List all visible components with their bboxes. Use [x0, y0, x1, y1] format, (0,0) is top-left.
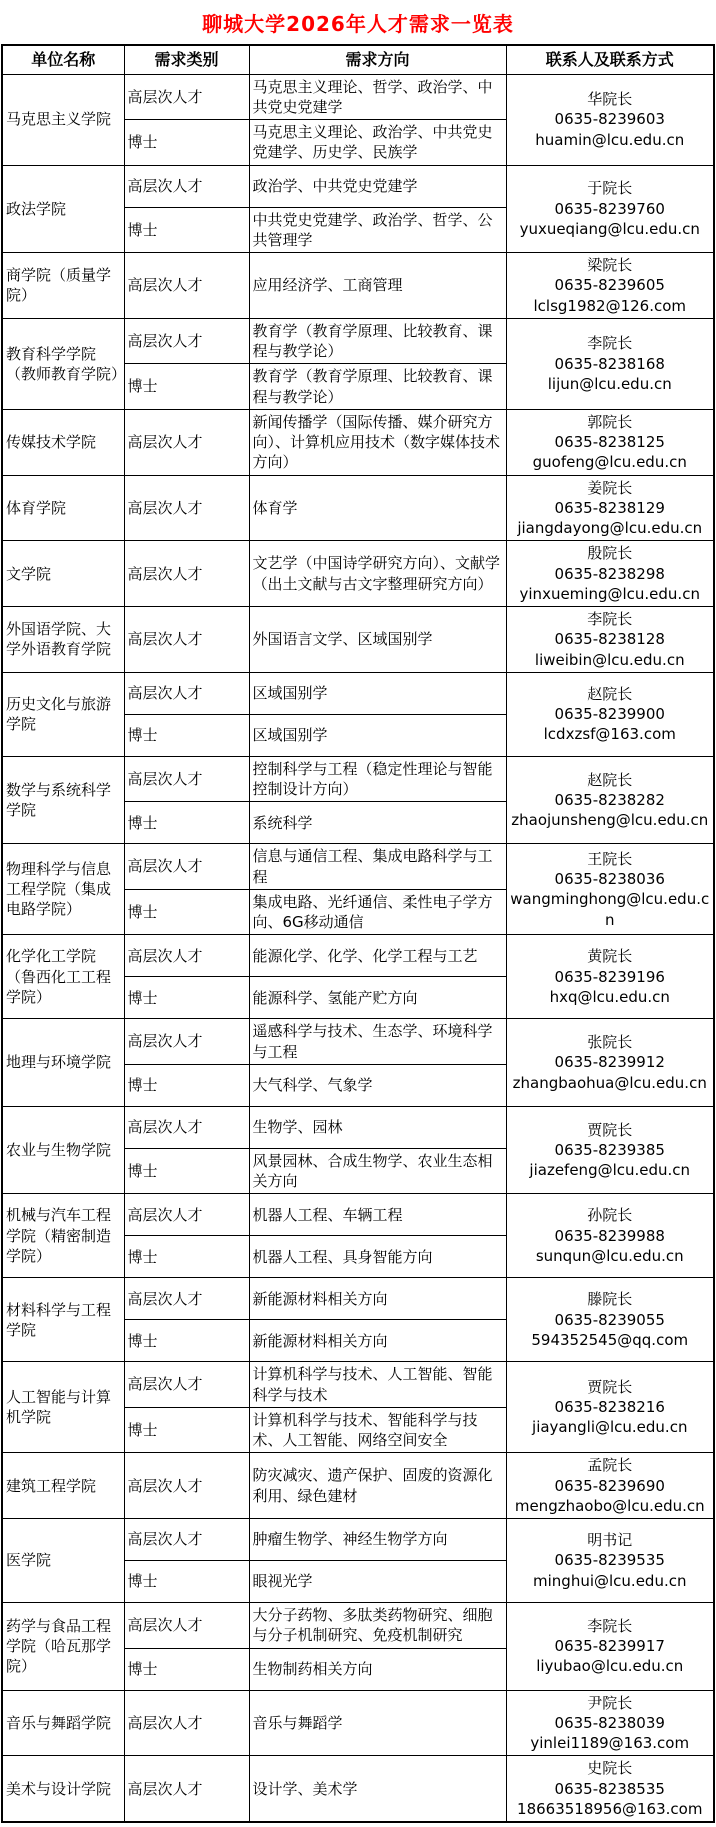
demand-category-cell: 博士 — [124, 1320, 249, 1362]
contact-cell: 赵院长0635-8238282zhaojunsheng@lcu.edu.cn — [506, 756, 714, 844]
contact-name: 史院长 — [510, 1758, 711, 1778]
demand-direction-cell: 防灾减灾、遗产保护、固废的资源化利用、绿色建材 — [249, 1453, 506, 1519]
talent-demand-table: 单位名称 需求类别 需求方向 联系人及联系方式 马克思主义学院高层次人才马克思主… — [1, 44, 715, 1823]
demand-category-cell: 高层次人才 — [124, 1019, 249, 1065]
contact-cell: 李院长0635-8238128liweibin@lcu.edu.cn — [506, 607, 714, 673]
demand-direction-cell: 新能源材料相关方向 — [249, 1320, 506, 1362]
column-header-unit: 单位名称 — [2, 45, 124, 74]
demand-direction-cell: 政治学、中共党史党建学 — [249, 165, 506, 207]
demand-direction-cell: 应用经济学、工商管理 — [249, 253, 506, 319]
table-row: 农业与生物学院高层次人才生物学、园林贾院长0635-8239385jiazefe… — [2, 1106, 714, 1148]
contact-cell: 黄院长0635-8239196hxq@lcu.edu.cn — [506, 935, 714, 1019]
demand-direction-cell: 马克思主义理论、政治学、中共党史党建学、历史学、民族学 — [249, 120, 506, 166]
unit-name-cell: 人工智能与计算机学院 — [2, 1362, 124, 1453]
table-row: 历史文化与旅游学院高层次人才区域国别学赵院长0635-8239900lcdxzs… — [2, 672, 714, 714]
contact-email: jiangdayong@lcu.edu.cn — [510, 518, 711, 538]
contact-cell: 王院长0635-8238036wangminghong@lcu.edu.cn — [506, 844, 714, 935]
table-row: 化学化工学院（鲁西化工工程学院）高层次人才能源化学、化学、化学工程与工艺黄院长0… — [2, 935, 714, 977]
demand-category-cell: 高层次人才 — [124, 475, 249, 541]
talent-demand-page: 聊城大学2026年人才需求一览表 单位名称 需求类别 需求方向 联系人及联系方式… — [0, 0, 716, 1823]
contact-phone: 0635-8239917 — [510, 1636, 711, 1656]
contact-phone: 0635-8239385 — [510, 1140, 711, 1160]
contact-phone: 0635-8238168 — [510, 354, 711, 374]
demand-category-cell: 博士 — [124, 207, 249, 253]
contact-cell: 孙院长0635-8239988sunqun@lcu.edu.cn — [506, 1194, 714, 1278]
demand-direction-cell: 大气科学、气象学 — [249, 1064, 506, 1106]
contact-phone: 0635-8239690 — [510, 1476, 711, 1496]
contact-name: 郭院长 — [510, 412, 711, 432]
contact-cell: 李院长0635-8239917liyubao@lcu.edu.cn — [506, 1603, 714, 1691]
demand-category-cell: 高层次人才 — [124, 74, 249, 120]
contact-phone: 0635-8239900 — [510, 704, 711, 724]
contact-phone: 0635-8238039 — [510, 1713, 711, 1733]
contact-email: zhaojunsheng@lcu.edu.cn — [510, 810, 711, 830]
unit-name-cell: 化学化工学院（鲁西化工工程学院） — [2, 935, 124, 1019]
contact-phone: 0635-8239055 — [510, 1310, 711, 1330]
table-row: 文学院高层次人才文艺学（中国诗学研究方向）、文献学（出土文献与古文字整理研究方向… — [2, 541, 714, 607]
demand-category-cell: 博士 — [124, 714, 249, 756]
demand-category-cell: 高层次人才 — [124, 1690, 249, 1756]
contact-phone: 0635-8239760 — [510, 199, 711, 219]
contact-cell: 贾院长0635-8238216jiayangli@lcu.edu.cn — [506, 1362, 714, 1453]
contact-name: 李院长 — [510, 333, 711, 353]
demand-category-cell: 高层次人才 — [124, 935, 249, 977]
contact-email: 18663518956@163.com — [510, 1799, 711, 1819]
table-row: 药学与食品工程学院（哈瓦那学院）高层次人才大分子药物、多肽类药物研究、细胞与分子… — [2, 1603, 714, 1649]
contact-cell: 赵院长0635-8239900lcdxzsf@163.com — [506, 672, 714, 756]
unit-name-cell: 教育科学学院（教师教育学院） — [2, 318, 124, 409]
demand-direction-cell: 大分子药物、多肽类药物研究、细胞与分子机制研究、免疫机制研究 — [249, 1603, 506, 1649]
table-row: 机械与汽车工程学院（精密制造学院）高层次人才机器人工程、车辆工程孙院长0635-… — [2, 1194, 714, 1236]
table-row: 马克思主义学院高层次人才马克思主义理论、哲学、政治学、中共党史党建学华院长063… — [2, 74, 714, 120]
unit-name-cell: 音乐与舞蹈学院 — [2, 1690, 124, 1756]
demand-direction-cell: 肿瘤生物学、神经生物学方向 — [249, 1519, 506, 1561]
table-header-row: 单位名称 需求类别 需求方向 联系人及联系方式 — [2, 45, 714, 74]
table-row: 体育学院高层次人才体育学姜院长0635-8238129jiangdayong@l… — [2, 475, 714, 541]
table-row: 医学院高层次人才肿瘤生物学、神经生物学方向明书记0635-8239535ming… — [2, 1519, 714, 1561]
contact-cell: 孟院长0635-8239690mengzhaobo@lcu.edu.cn — [506, 1453, 714, 1519]
demand-direction-cell: 马克思主义理论、哲学、政治学、中共党史党建学 — [249, 74, 506, 120]
contact-email: hxq@lcu.edu.cn — [510, 987, 711, 1007]
contact-name: 华院长 — [510, 89, 711, 109]
demand-category-cell: 博士 — [124, 1236, 249, 1278]
demand-category-cell: 高层次人才 — [124, 253, 249, 319]
demand-direction-cell: 生物制药相关方向 — [249, 1648, 506, 1690]
unit-name-cell: 体育学院 — [2, 475, 124, 541]
table-row: 物理科学与信息工程学院（集成电路学院）高层次人才信息与通信工程、集成电路科学与工… — [2, 844, 714, 890]
contact-email: zhangbaohua@lcu.edu.cn — [510, 1073, 711, 1093]
demand-category-cell: 博士 — [124, 802, 249, 844]
contact-email: liweibin@lcu.edu.cn — [510, 650, 711, 670]
demand-category-cell: 高层次人才 — [124, 844, 249, 890]
demand-direction-cell: 文艺学（中国诗学研究方向）、文献学（出土文献与古文字整理研究方向） — [249, 541, 506, 607]
contact-name: 滕院长 — [510, 1289, 711, 1309]
demand-category-cell: 高层次人才 — [124, 318, 249, 364]
contact-name: 于院长 — [510, 178, 711, 198]
demand-category-cell: 高层次人才 — [124, 409, 249, 475]
contact-phone: 0635-8238125 — [510, 432, 711, 452]
demand-direction-cell: 区域国别学 — [249, 672, 506, 714]
contact-name: 张院长 — [510, 1032, 711, 1052]
contact-email: guofeng@lcu.edu.cn — [510, 452, 711, 472]
demand-direction-cell: 音乐与舞蹈学 — [249, 1690, 506, 1756]
contact-cell: 华院长0635-8239603huamin@lcu.edu.cn — [506, 74, 714, 165]
unit-name-cell: 商学院（质量学院） — [2, 253, 124, 319]
demand-direction-cell: 体育学 — [249, 475, 506, 541]
contact-phone: 0635-8238282 — [510, 790, 711, 810]
demand-category-cell: 博士 — [124, 977, 249, 1019]
demand-direction-cell: 机器人工程、具身智能方向 — [249, 1236, 506, 1278]
table-row: 地理与环境学院高层次人才遥感科学与技术、生态学、环境科学与工程张院长0635-8… — [2, 1019, 714, 1065]
contact-email: lijun@lcu.edu.cn — [510, 374, 711, 394]
demand-direction-cell: 遥感科学与技术、生态学、环境科学与工程 — [249, 1019, 506, 1065]
contact-phone: 0635-8239603 — [510, 109, 711, 129]
demand-direction-cell: 计算机科学与技术、智能科学与技术、人工智能、网络空间安全 — [249, 1407, 506, 1453]
demand-direction-cell: 区域国别学 — [249, 714, 506, 756]
table-row: 音乐与舞蹈学院高层次人才音乐与舞蹈学尹院长0635-8238039yinlei1… — [2, 1690, 714, 1756]
contact-name: 孟院长 — [510, 1455, 711, 1475]
demand-category-cell: 高层次人才 — [124, 1756, 249, 1822]
demand-category-cell: 博士 — [124, 1648, 249, 1690]
contact-email: mengzhaobo@lcu.edu.cn — [510, 1496, 711, 1516]
unit-name-cell: 美术与设计学院 — [2, 1756, 124, 1822]
demand-direction-cell: 教育学（教育学原理、比较教育、课程与教学论） — [249, 364, 506, 410]
demand-category-cell: 博士 — [124, 889, 249, 935]
contact-phone: 0635-8238129 — [510, 498, 711, 518]
contact-email: lclsg1982@126.com — [510, 296, 711, 316]
contact-cell: 张院长0635-8239912zhangbaohua@lcu.edu.cn — [506, 1019, 714, 1107]
column-header-contact: 联系人及联系方式 — [506, 45, 714, 74]
contact-phone: 0635-8238128 — [510, 629, 711, 649]
table-row: 材料科学与工程学院高层次人才新能源材料相关方向滕院长0635-823905559… — [2, 1278, 714, 1320]
contact-name: 贾院长 — [510, 1377, 711, 1397]
demand-category-cell: 博士 — [124, 1148, 249, 1194]
demand-category-cell: 博士 — [124, 1561, 249, 1603]
demand-direction-cell: 能源科学、氢能产贮方向 — [249, 977, 506, 1019]
contact-email: liyubao@lcu.edu.cn — [510, 1656, 711, 1676]
contact-email: yuxueqiang@lcu.edu.cn — [510, 219, 711, 239]
contact-cell: 明书记0635-8239535minghui@lcu.edu.cn — [506, 1519, 714, 1603]
demand-category-cell: 高层次人才 — [124, 165, 249, 207]
contact-phone: 0635-8239912 — [510, 1052, 711, 1072]
demand-direction-cell: 能源化学、化学、化学工程与工艺 — [249, 935, 506, 977]
contact-name: 明书记 — [510, 1530, 711, 1550]
demand-category-cell: 高层次人才 — [124, 1106, 249, 1148]
demand-category-cell: 博士 — [124, 120, 249, 166]
demand-category-cell: 高层次人才 — [124, 1194, 249, 1236]
contact-cell: 贾院长0635-8239385jiazefeng@lcu.edu.cn — [506, 1106, 714, 1194]
contact-email: yinxueming@lcu.edu.cn — [510, 584, 711, 604]
demand-direction-cell: 生物学、园林 — [249, 1106, 506, 1148]
demand-category-cell: 博士 — [124, 1407, 249, 1453]
contact-cell: 尹院长0635-8238039yinlei1189@163.com — [506, 1690, 714, 1756]
demand-direction-cell: 眼视光学 — [249, 1561, 506, 1603]
demand-category-cell: 高层次人才 — [124, 1362, 249, 1408]
page-title: 聊城大学2026年人才需求一览表 — [0, 8, 716, 37]
unit-name-cell: 农业与生物学院 — [2, 1106, 124, 1194]
unit-name-cell: 医学院 — [2, 1519, 124, 1603]
unit-name-cell: 历史文化与旅游学院 — [2, 672, 124, 756]
demand-direction-cell: 计算机科学与技术、人工智能、智能科学与技术 — [249, 1362, 506, 1408]
demand-category-cell: 博士 — [124, 1064, 249, 1106]
unit-name-cell: 数学与系统科学学院 — [2, 756, 124, 844]
table-row: 政法学院高层次人才政治学、中共党史党建学于院长0635-8239760yuxue… — [2, 165, 714, 207]
unit-name-cell: 建筑工程学院 — [2, 1453, 124, 1519]
demand-direction-cell: 教育学（教育学原理、比较教育、课程与教学论） — [249, 318, 506, 364]
demand-direction-cell: 控制科学与工程（稳定性理论与智能控制设计方向） — [249, 756, 506, 802]
contact-email: jiayangli@lcu.edu.cn — [510, 1417, 711, 1437]
unit-name-cell: 传媒技术学院 — [2, 409, 124, 475]
contact-phone: 0635-8239535 — [510, 1550, 711, 1570]
demand-category-cell: 博士 — [124, 364, 249, 410]
unit-name-cell: 药学与食品工程学院（哈瓦那学院） — [2, 1603, 124, 1691]
unit-name-cell: 政法学院 — [2, 165, 124, 253]
contact-name: 梁院长 — [510, 255, 711, 275]
unit-name-cell: 马克思主义学院 — [2, 74, 124, 165]
table-row: 商学院（质量学院）高层次人才应用经济学、工商管理梁院长0635-8239605l… — [2, 253, 714, 319]
contact-cell: 姜院长0635-8238129jiangdayong@lcu.edu.cn — [506, 475, 714, 541]
contact-name: 王院长 — [510, 849, 711, 869]
contact-email: jiazefeng@lcu.edu.cn — [510, 1160, 711, 1180]
unit-name-cell: 物理科学与信息工程学院（集成电路学院） — [2, 844, 124, 935]
demand-category-cell: 高层次人才 — [124, 1453, 249, 1519]
demand-direction-cell: 外国语言文学、区域国别学 — [249, 607, 506, 673]
unit-name-cell: 外国语学院、大学外语教育学院 — [2, 607, 124, 673]
contact-cell: 殷院长0635-8238298yinxueming@lcu.edu.cn — [506, 541, 714, 607]
demand-direction-cell: 中共党史党建学、政治学、哲学、公共管理学 — [249, 207, 506, 253]
unit-name-cell: 地理与环境学院 — [2, 1019, 124, 1107]
column-header-category: 需求类别 — [124, 45, 249, 74]
demand-direction-cell: 新闻传播学（国际传播、媒介研究方向）、计算机应用技术（数字媒体技术方向） — [249, 409, 506, 475]
table-row: 建筑工程学院高层次人才防灾减灾、遗产保护、固废的资源化利用、绿色建材孟院长063… — [2, 1453, 714, 1519]
contact-phone: 0635-8238298 — [510, 564, 711, 584]
unit-name-cell: 机械与汽车工程学院（精密制造学院） — [2, 1194, 124, 1278]
contact-cell: 史院长0635-823853518663518956@163.com — [506, 1756, 714, 1822]
contact-name: 李院长 — [510, 609, 711, 629]
table-row: 人工智能与计算机学院高层次人才计算机科学与技术、人工智能、智能科学与技术贾院长0… — [2, 1362, 714, 1408]
contact-phone: 0635-8239196 — [510, 967, 711, 987]
demand-category-cell: 高层次人才 — [124, 756, 249, 802]
demand-category-cell: 高层次人才 — [124, 1278, 249, 1320]
unit-name-cell: 文学院 — [2, 541, 124, 607]
contact-email: lcdxzsf@163.com — [510, 724, 711, 744]
contact-phone: 0635-8239605 — [510, 275, 711, 295]
table-row: 数学与系统科学学院高层次人才控制科学与工程（稳定性理论与智能控制设计方向）赵院长… — [2, 756, 714, 802]
contact-phone: 0635-8239988 — [510, 1226, 711, 1246]
contact-cell: 郭院长0635-8238125guofeng@lcu.edu.cn — [506, 409, 714, 475]
contact-name: 贾院长 — [510, 1120, 711, 1140]
demand-category-cell: 高层次人才 — [124, 541, 249, 607]
demand-category-cell: 高层次人才 — [124, 607, 249, 673]
contact-cell: 李院长0635-8238168lijun@lcu.edu.cn — [506, 318, 714, 409]
demand-direction-cell: 设计学、美术学 — [249, 1756, 506, 1822]
demand-direction-cell: 风景园林、合成生物学、农业生态相关方向 — [249, 1148, 506, 1194]
table-row: 外国语学院、大学外语教育学院高层次人才外国语言文学、区域国别学李院长0635-8… — [2, 607, 714, 673]
unit-name-cell: 材料科学与工程学院 — [2, 1278, 124, 1362]
contact-name: 尹院长 — [510, 1693, 711, 1713]
demand-category-cell: 高层次人才 — [124, 1519, 249, 1561]
contact-email: wangminghong@lcu.edu.cn — [510, 889, 711, 930]
table-body: 马克思主义学院高层次人才马克思主义理论、哲学、政治学、中共党史党建学华院长063… — [2, 74, 714, 1822]
contact-phone: 0635-8238216 — [510, 1397, 711, 1417]
contact-phone: 0635-8238535 — [510, 1779, 711, 1799]
table-row: 教育科学学院（教师教育学院）高层次人才教育学（教育学原理、比较教育、课程与教学论… — [2, 318, 714, 364]
contact-name: 赵院长 — [510, 770, 711, 790]
contact-email: minghui@lcu.edu.cn — [510, 1571, 711, 1591]
contact-email: 594352545@qq.com — [510, 1330, 711, 1350]
contact-email: yinlei1189@163.com — [510, 1733, 711, 1753]
demand-direction-cell: 系统科学 — [249, 802, 506, 844]
demand-category-cell: 高层次人才 — [124, 672, 249, 714]
demand-direction-cell: 机器人工程、车辆工程 — [249, 1194, 506, 1236]
contact-name: 赵院长 — [510, 684, 711, 704]
table-row: 美术与设计学院高层次人才设计学、美术学史院长0635-8238535186635… — [2, 1756, 714, 1822]
demand-direction-cell: 集成电路、光纤通信、柔性电子学方向、6G移动通信 — [249, 889, 506, 935]
demand-direction-cell: 信息与通信工程、集成电路科学与工程 — [249, 844, 506, 890]
contact-name: 殷院长 — [510, 543, 711, 563]
contact-cell: 滕院长0635-8239055594352545@qq.com — [506, 1278, 714, 1362]
table-row: 传媒技术学院高层次人才新闻传播学（国际传播、媒介研究方向）、计算机应用技术（数字… — [2, 409, 714, 475]
contact-email: huamin@lcu.edu.cn — [510, 130, 711, 150]
column-header-direction: 需求方向 — [249, 45, 506, 74]
contact-name: 孙院长 — [510, 1205, 711, 1225]
contact-cell: 于院长0635-8239760yuxueqiang@lcu.edu.cn — [506, 165, 714, 253]
contact-email: sunqun@lcu.edu.cn — [510, 1246, 711, 1266]
contact-phone: 0635-8238036 — [510, 869, 711, 889]
contact-name: 黄院长 — [510, 946, 711, 966]
contact-name: 李院长 — [510, 1616, 711, 1636]
contact-cell: 梁院长0635-8239605lclsg1982@126.com — [506, 253, 714, 319]
demand-direction-cell: 新能源材料相关方向 — [249, 1278, 506, 1320]
contact-name: 姜院长 — [510, 478, 711, 498]
demand-category-cell: 高层次人才 — [124, 1603, 249, 1649]
